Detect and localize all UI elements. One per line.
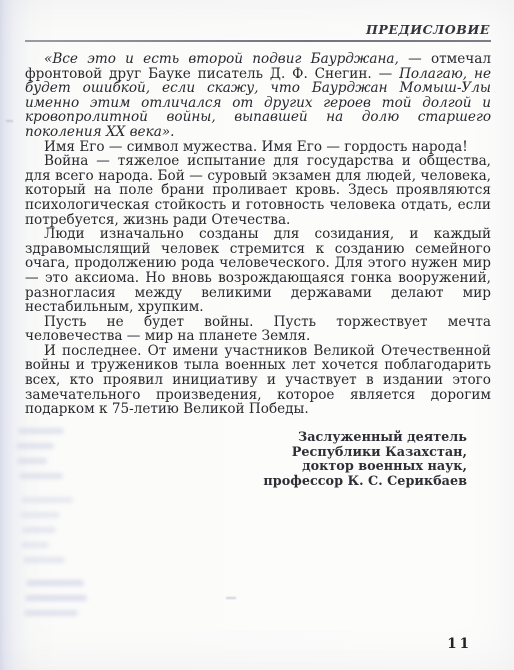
running-header: ПРЕДИСЛОВИЕ: [366, 22, 490, 37]
signature-line: профессор К. С. Серикбаев: [25, 475, 467, 490]
body-paragraph: И последнее. От имени участников Великой…: [25, 344, 491, 417]
bleed-mark: [25, 595, 87, 601]
body-paragraph: Имя Его — символ мужества. Имя Его — гор…: [25, 140, 491, 155]
bleed-mark: [24, 610, 78, 616]
signature-line: доктор военных наук,: [25, 460, 467, 475]
bleed-mark: [20, 512, 60, 518]
bleed-mark: [21, 497, 73, 503]
body-paragraph: Пусть не будет войны. Пусть торжествует …: [25, 315, 491, 344]
bleed-mark: [22, 527, 56, 533]
quote-opening: «Все это и есть второй подвиг Баурджана,: [44, 51, 408, 67]
signature-block: Заслуженный деятель Республики Казахстан…: [25, 431, 491, 490]
bleed-mark: [23, 557, 65, 563]
bleed-mark: [26, 580, 84, 586]
page-body: «Все это и есть второй подвиг Баурджана,…: [25, 52, 491, 490]
scanned-book-page: ПРЕДИСЛОВИЕ «Все это и есть второй подви…: [0, 0, 514, 670]
bleed-mark: [21, 542, 49, 548]
body-paragraph: Люди изначально созданы для созидания, и…: [25, 227, 491, 315]
bleed-mark: [226, 597, 236, 599]
bleed-mark: [16, 443, 54, 449]
page-number: 11: [447, 636, 472, 652]
bleed-mark: [17, 458, 47, 464]
quote-paragraph: «Все это и есть второй подвиг Баурджана,…: [25, 52, 491, 140]
bleed-mark: [6, 120, 13, 122]
signature-line: Республики Казахстан,: [25, 446, 467, 461]
body-paragraph: Война — тяжелое испытание для государств…: [25, 154, 491, 227]
bleed-mark: [19, 473, 63, 479]
signature-line: Заслуженный деятель: [25, 431, 467, 446]
header-rule: [25, 40, 491, 42]
bleed-mark: [18, 428, 64, 434]
